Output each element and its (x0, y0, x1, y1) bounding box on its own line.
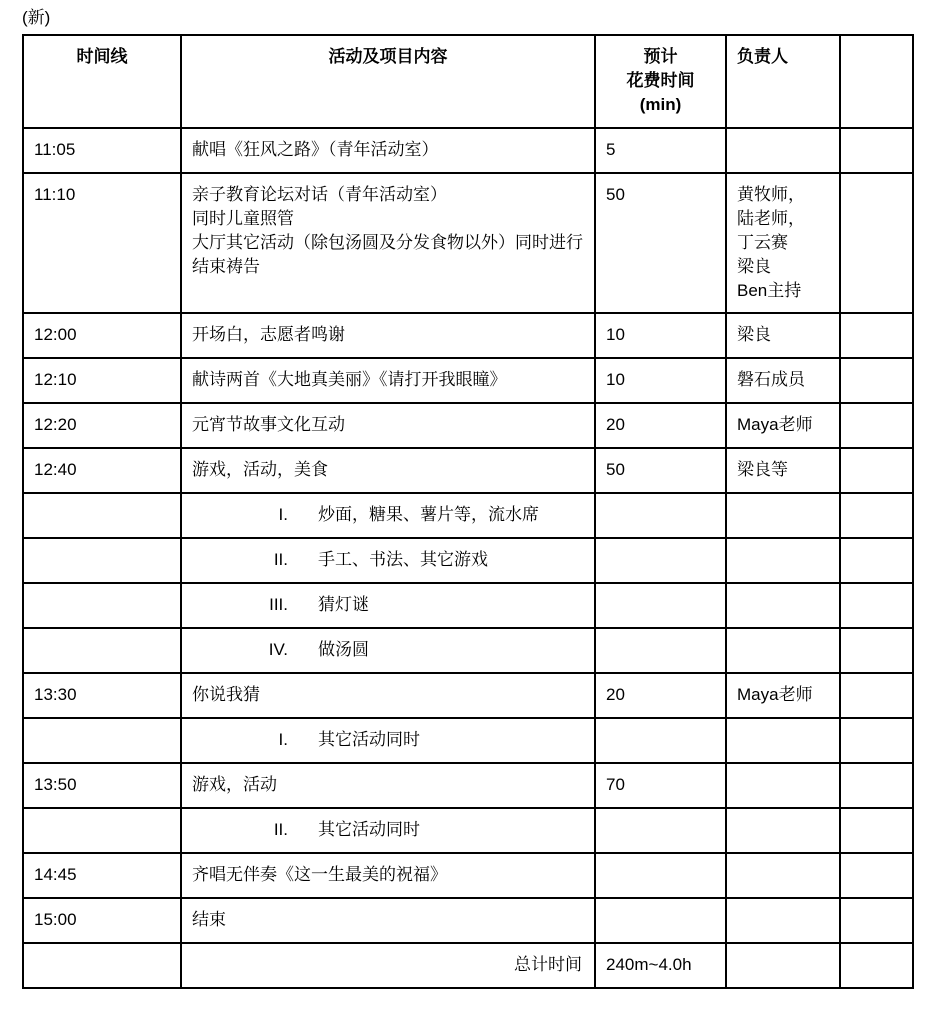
extra-cell (840, 448, 913, 493)
table-row: 11:10亲子教育论坛对话（青年活动室）同时儿童照管大厅其它活动（除包汤圆及分发… (23, 173, 913, 313)
content-line: 齐唱无伴奏《这一生最美的祝福》 (192, 863, 584, 887)
content-cell: 献诗两首《大地真美丽》《请打开我眼瞳》 (181, 358, 595, 403)
table-row: 13:50游戏，活动70 (23, 763, 913, 808)
table-row: 12:20元宵节故事文化互动20Maya老师 (23, 403, 913, 448)
table-row: III.猜灯谜 (23, 583, 913, 628)
list-item-text: 其它活动同时 (318, 818, 420, 842)
time-cell: 12:00 (23, 313, 181, 358)
content-line: 献诗两首《大地真美丽》《请打开我眼瞳》 (192, 368, 584, 392)
owner-cell (726, 628, 840, 673)
owner-line: 磐石成员 (737, 368, 829, 392)
time-cell: 15:00 (23, 898, 181, 943)
table-row: 14:45齐唱无伴奏《这一生最美的祝福》 (23, 853, 913, 898)
schedule-table: 时间线活动及项目内容预计花费时间(min)负责人 11:05献唱《狂风之路》（青… (22, 34, 914, 989)
content-line: 献唱《狂风之路》（青年活动室） (192, 138, 584, 162)
content-cell: 开场白，志愿者鸣谢 (181, 313, 595, 358)
content-cell: 亲子教育论坛对话（青年活动室）同时儿童照管大厅其它活动（除包汤圆及分发食物以外）… (181, 173, 595, 313)
time-cell: 11:05 (23, 128, 181, 173)
extra-cell (840, 898, 913, 943)
minutes-cell: 70 (595, 763, 726, 808)
table-header: 时间线活动及项目内容预计花费时间(min)负责人 (23, 35, 913, 128)
list-item-text: 手工、书法、其它游戏 (318, 548, 488, 572)
time-cell (23, 943, 181, 988)
list-marker: I. (192, 503, 288, 527)
time-cell: 11:10 (23, 173, 181, 313)
table-row: I.炒面，糖果、薯片等，流水席 (23, 493, 913, 538)
owner-line: Maya老师 (737, 413, 829, 437)
content-cell: II.其它活动同时 (181, 808, 595, 853)
content-line: 大厅其它活动（除包汤圆及分发食物以外）同时进行 (192, 231, 584, 255)
time-cell: 12:10 (23, 358, 181, 403)
owner-line: 梁良等 (737, 458, 829, 482)
owner-cell (726, 583, 840, 628)
table-row: 13:30你说我猜20Maya老师 (23, 673, 913, 718)
owner-cell: 梁良 (726, 313, 840, 358)
extra-cell (840, 943, 913, 988)
content-line: 结束祷告 (192, 255, 584, 279)
content-cell: 总计时间 (181, 943, 595, 988)
document-page: (新) 时间线活动及项目内容预计花费时间(min)负责人 11:05献唱《狂风之… (0, 0, 938, 1024)
header-line: 负责人 (737, 45, 829, 69)
minutes-cell: 5 (595, 128, 726, 173)
extra-cell (840, 808, 913, 853)
minutes-cell (595, 628, 726, 673)
content-line: 亲子教育论坛对话（青年活动室） (192, 183, 584, 207)
content-line: 元宵节故事文化互动 (192, 413, 584, 437)
minutes-cell: 10 (595, 313, 726, 358)
content-cell: 游戏，活动 (181, 763, 595, 808)
owner-cell: Maya老师 (726, 403, 840, 448)
list-marker: I. (192, 728, 288, 752)
owner-cell (726, 763, 840, 808)
content-line: 同时儿童照管 (192, 207, 584, 231)
minutes-cell (595, 493, 726, 538)
list-marker: II. (192, 548, 288, 572)
content-line: 游戏，活动 (192, 773, 584, 797)
owner-cell (726, 718, 840, 763)
content-line: 开场白，志愿者鸣谢 (192, 323, 584, 347)
owner-cell (726, 128, 840, 173)
table-row: 总计时间240m~4.0h (23, 943, 913, 988)
minutes-cell: 20 (595, 673, 726, 718)
extra-cell (840, 718, 913, 763)
owner-line: 丁云赛 (737, 231, 829, 255)
minutes-cell (595, 583, 726, 628)
header-cell-owner: 负责人 (726, 35, 840, 128)
content-cell: III.猜灯谜 (181, 583, 595, 628)
content-cell: 结束 (181, 898, 595, 943)
header-cell-content: 活动及项目内容 (181, 35, 595, 128)
content-cell: II.手工、书法、其它游戏 (181, 538, 595, 583)
table-row: 12:00开场白，志愿者鸣谢10梁良 (23, 313, 913, 358)
owner-line: Maya老师 (737, 683, 829, 707)
table-body: 11:05献唱《狂风之路》（青年活动室）511:10亲子教育论坛对话（青年活动室… (23, 128, 913, 988)
header-line: 活动及项目内容 (192, 45, 584, 69)
list-item-text: 猜灯谜 (318, 593, 369, 617)
table-row: 15:00结束 (23, 898, 913, 943)
time-cell (23, 628, 181, 673)
table-row: IV.做汤圆 (23, 628, 913, 673)
content-cell: 齐唱无伴奏《这一生最美的祝福》 (181, 853, 595, 898)
extra-cell (840, 853, 913, 898)
extra-cell (840, 673, 913, 718)
owner-cell: 黄牧师，陆老师，丁云赛梁良Ben主持 (726, 173, 840, 313)
extra-cell (840, 583, 913, 628)
time-cell (23, 538, 181, 583)
minutes-cell (595, 538, 726, 583)
table-row: II.其它活动同时 (23, 808, 913, 853)
extra-cell (840, 128, 913, 173)
owner-cell: Maya老师 (726, 673, 840, 718)
extra-cell (840, 493, 913, 538)
table-row: 12:40游戏，活动，美食50梁良等 (23, 448, 913, 493)
owner-cell (726, 493, 840, 538)
header-cell-extra (840, 35, 913, 128)
header-cell-minutes: 预计花费时间(min) (595, 35, 726, 128)
minutes-cell: 240m~4.0h (595, 943, 726, 988)
minutes-cell: 10 (595, 358, 726, 403)
time-cell: 12:40 (23, 448, 181, 493)
list-item-text: 做汤圆 (318, 638, 369, 662)
content-cell: I.炒面，糖果、薯片等，流水席 (181, 493, 595, 538)
time-cell: 13:30 (23, 673, 181, 718)
page-label: (新) (22, 6, 50, 30)
list-marker: III. (192, 593, 288, 617)
owner-line: 梁良 (737, 323, 829, 347)
owner-cell (726, 898, 840, 943)
minutes-cell (595, 808, 726, 853)
header-line: (min) (606, 93, 715, 117)
list-marker: IV. (192, 638, 288, 662)
extra-cell (840, 538, 913, 583)
extra-cell (840, 763, 913, 808)
extra-cell (840, 173, 913, 313)
content-cell: 元宵节故事文化互动 (181, 403, 595, 448)
time-cell (23, 718, 181, 763)
table-row: I.其它活动同时 (23, 718, 913, 763)
table-row: 11:05献唱《狂风之路》（青年活动室）5 (23, 128, 913, 173)
content-cell: 你说我猜 (181, 673, 595, 718)
minutes-cell (595, 853, 726, 898)
time-cell: 14:45 (23, 853, 181, 898)
extra-cell (840, 313, 913, 358)
owner-line: 陆老师， (737, 207, 829, 231)
owner-cell (726, 853, 840, 898)
minutes-cell (595, 718, 726, 763)
content-cell: 献唱《狂风之路》（青年活动室） (181, 128, 595, 173)
owner-line: 黄牧师， (737, 183, 829, 207)
owner-cell (726, 538, 840, 583)
owner-line: Ben主持 (737, 279, 829, 303)
extra-cell (840, 628, 913, 673)
time-cell: 12:20 (23, 403, 181, 448)
header-line: 预计 (606, 45, 715, 69)
owner-line: 梁良 (737, 255, 829, 279)
content-cell: IV.做汤圆 (181, 628, 595, 673)
extra-cell (840, 403, 913, 448)
time-cell (23, 583, 181, 628)
owner-cell (726, 808, 840, 853)
minutes-cell (595, 898, 726, 943)
table-row: 12:10献诗两首《大地真美丽》《请打开我眼瞳》10磐石成员 (23, 358, 913, 403)
content-cell: I.其它活动同时 (181, 718, 595, 763)
header-line: 时间线 (34, 45, 170, 69)
time-cell (23, 493, 181, 538)
content-cell: 游戏，活动，美食 (181, 448, 595, 493)
time-cell: 13:50 (23, 763, 181, 808)
minutes-cell: 50 (595, 448, 726, 493)
list-marker: II. (192, 818, 288, 842)
extra-cell (840, 358, 913, 403)
owner-cell: 梁良等 (726, 448, 840, 493)
minutes-cell: 50 (595, 173, 726, 313)
header-line: 花费时间 (606, 69, 715, 93)
content-line: 游戏，活动，美食 (192, 458, 584, 482)
list-item-text: 炒面，糖果、薯片等，流水席 (318, 503, 539, 527)
content-line: 结束 (192, 908, 584, 932)
header-row: 时间线活动及项目内容预计花费时间(min)负责人 (23, 35, 913, 128)
owner-cell (726, 943, 840, 988)
content-line: 你说我猜 (192, 683, 584, 707)
owner-cell: 磐石成员 (726, 358, 840, 403)
list-item-text: 其它活动同时 (318, 728, 420, 752)
time-cell (23, 808, 181, 853)
header-cell-time: 时间线 (23, 35, 181, 128)
table-row: II.手工、书法、其它游戏 (23, 538, 913, 583)
minutes-cell: 20 (595, 403, 726, 448)
